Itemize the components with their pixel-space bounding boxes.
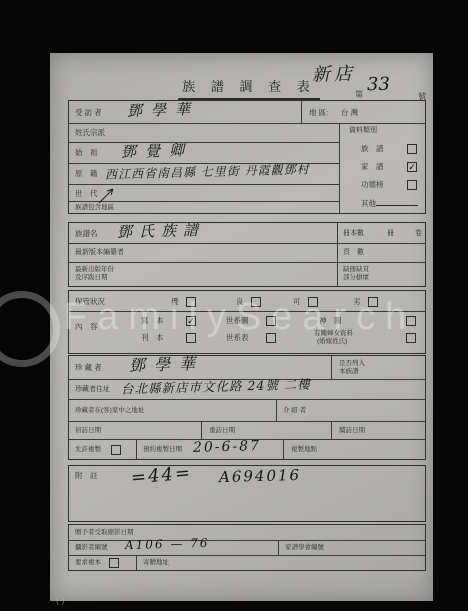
keeper-address-label: 珍藏者住址 [75, 386, 110, 394]
copy-permission-label: 允許複製 [75, 446, 101, 453]
volumes-unit1: 冊 [387, 230, 394, 238]
checkbox-family-genealogy: ✓ [407, 162, 417, 172]
damage-label-line1: 缺冊缺頁 [343, 266, 369, 273]
region-label: 地 區: [309, 109, 328, 117]
copy-date-value: 20-6-87 [193, 439, 261, 455]
listed-label-line2: 本族譜 [339, 368, 359, 375]
photographer-no-value: A106 — 76 [125, 537, 210, 551]
region-value: 台 灣 [341, 109, 358, 117]
first-ancestor-value: 鄧覺卿 [121, 143, 193, 160]
section-note: 附 註 =44= A694016 [68, 465, 426, 522]
material-item-merit-board-label: 功德榜 [361, 181, 384, 189]
compiler-label: 最新版本編纂者 [75, 249, 124, 257]
note-label: 附 註 [75, 472, 98, 480]
checkbox-copy-request [109, 558, 119, 568]
other-blank-line [376, 198, 418, 206]
film-edge-mark: ( ) [56, 595, 65, 605]
followup-label: 續訪日期 [339, 427, 365, 434]
pages-label: 頁 數 [343, 249, 364, 257]
note-value-right: A694016 [219, 468, 301, 485]
publication-year-label-line1: 最新出版年份 [75, 266, 114, 273]
revisit-label: 重訪日期 [209, 427, 235, 434]
interviewee-label: 受 訪 者 [75, 109, 102, 117]
donor-receipt-label: 贈予者受取縮影日期 [75, 529, 134, 536]
first-visit-label: 初訪日期 [75, 427, 101, 434]
section-keeper: 珍 藏 者 鄧學華 是否列入 本族譜 珍藏者住址 台北縣新店市文化路 24號 二… [68, 355, 426, 460]
origin-value: 西江西省南昌縣 七里街 丹霞觀鄧村 [105, 163, 310, 180]
number-prefix: 第 [355, 91, 363, 100]
familysearch-watermark: FamilySearch [64, 296, 416, 339]
copy-place-label: 複製地點 [291, 446, 317, 453]
content-women-data-sublabel: (婚嫁姓氏) [317, 338, 347, 345]
origin-label: 原 籍 [75, 170, 98, 178]
checkbox-genealogy [407, 144, 417, 154]
note-value-left: =44= [130, 464, 192, 487]
alt-address-label: 珍藏者在(客)家中之地址 [75, 407, 144, 414]
publication-year-label-line2: 及序跋日期 [75, 274, 108, 281]
generations-label: 世 代 [75, 190, 98, 198]
form-title: 族 譜 調 查 表 [178, 76, 320, 100]
volumes-label: 冊本數 [343, 230, 364, 238]
society-no-label: 家譜學會編號 [285, 544, 324, 551]
keeper-value: 鄧學華 [129, 356, 204, 374]
material-other-label: 其他 [361, 198, 418, 208]
damage-label-line2: 部分損壞 [343, 274, 369, 281]
genealogy-title-label: 族譜名 [75, 230, 98, 238]
listed-label-line1: 是否列入 [339, 360, 365, 367]
handwritten-arrow-mark [97, 185, 119, 205]
volumes-unit2: 卷 [415, 230, 422, 238]
keeper-label: 珍 藏 者 [75, 364, 102, 372]
mailing-address-label: 寄贈地址 [143, 559, 169, 566]
copy-date-label: 預約複製日期 [143, 446, 182, 453]
genealogy-title-value: 鄧氏族譜 [117, 223, 205, 240]
location-handwritten: 新店 [312, 65, 356, 84]
section-interviewee: 受 訪 者 鄧學華 地 區: 台 灣 姓氏宗派 始 祖 鄧覺卿 原 籍 西江西省… [68, 100, 426, 214]
material-header: 資料類別 [349, 127, 377, 135]
first-ancestor-label: 始 祖 [75, 149, 98, 157]
keeper-address-value: 台北縣新店市文化路 24號 二樓 [121, 379, 311, 396]
number-handwritten: 33 [367, 76, 390, 95]
material-item-genealogy-label: 族 譜 [361, 145, 384, 153]
checkbox-merit-board [407, 180, 417, 190]
copy-request-label: 要求複本 [75, 559, 101, 566]
section-genealogy-title: 族譜名 鄧氏族譜 冊本數 冊 卷 最新版本編纂者 頁 數 最新出版年份 及序跋日… [68, 222, 426, 287]
material-item-family-genealogy-label: 家 譜 [361, 163, 384, 171]
introducer-label: 介 紹 者 [283, 407, 306, 414]
surname-branch-label: 姓氏宗派 [75, 129, 105, 137]
photographer-no-label: 攝影者編號 [75, 544, 108, 551]
section-admin: 贈予者受取縮影日期 攝影者編號 A106 — 76 家譜學會編號 要求複本 寄贈… [68, 524, 426, 571]
interviewee-value: 鄧學華 [127, 102, 199, 119]
checkbox-copy-permission [111, 445, 121, 455]
microfilm-frame: 族 譜 調 查 表 新店 第 33 號 受 訪 者 鄧學華 地 區: 台 灣 姓… [0, 0, 468, 611]
coverage-label: 族譜包含地區 [75, 204, 114, 211]
